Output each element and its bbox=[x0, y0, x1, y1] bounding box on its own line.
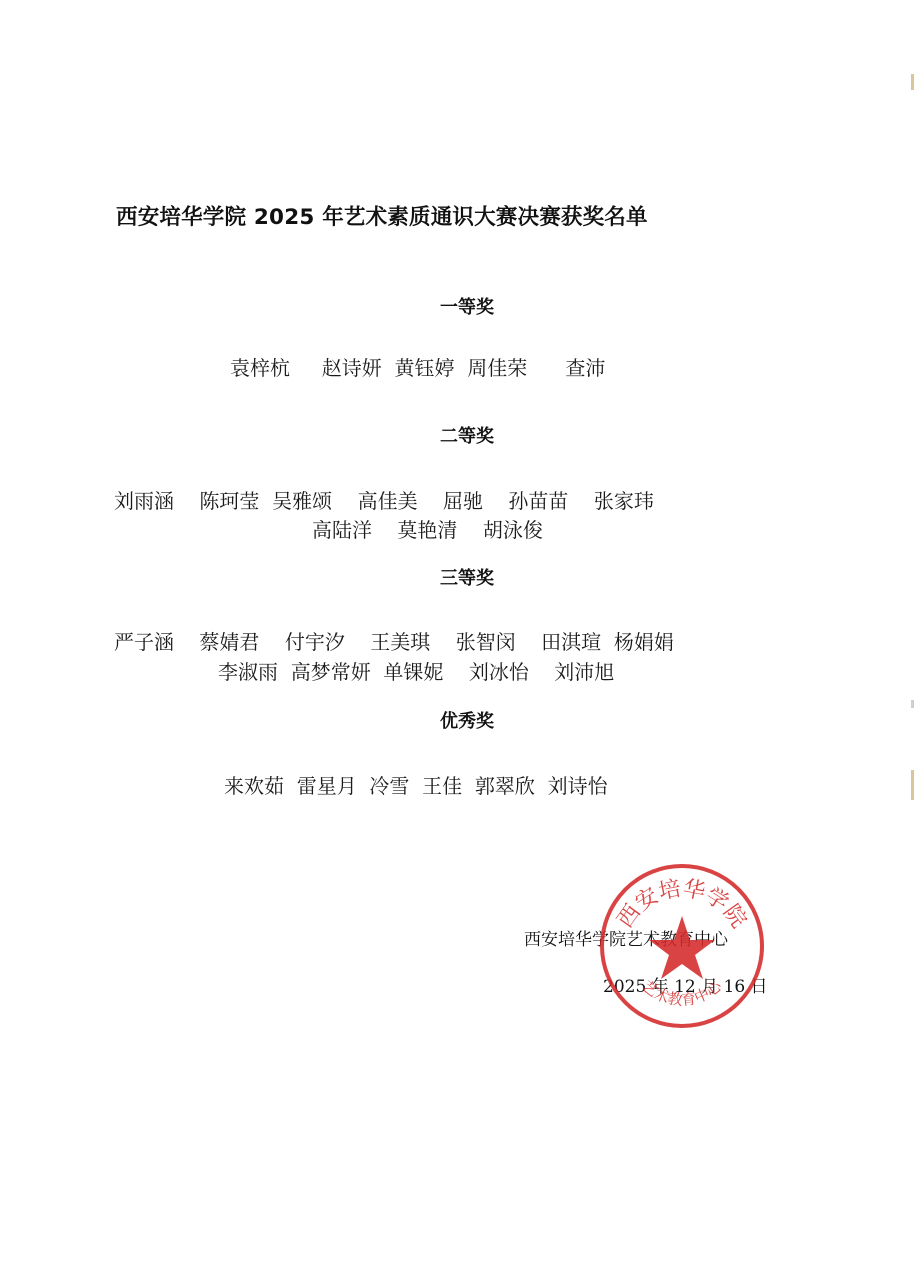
first-prize-names: 袁梓杭 赵诗妍 黄钰婷 周佳荣 查沛 bbox=[230, 352, 605, 381]
svg-text:艺术教育中心: 艺术教育中心 bbox=[639, 976, 726, 1009]
second-prize-names-line1: 刘雨涵 陈珂莹 吴雅颂 高佳美 屈驰 孙苗苗 张家玮 bbox=[114, 485, 654, 514]
second-prize-names-line2: 高陆洋 莫艳清 胡泳俊 bbox=[312, 514, 543, 543]
first-prize-heading: 一等奖 bbox=[0, 293, 914, 319]
official-seal-icon: 西安培华学院 艺术教育中心 bbox=[598, 862, 766, 1030]
third-prize-names-line1: 严子涵 蔡婧君 付宇汐 王美琪 张智闵 田淇瑄 杨娟娟 bbox=[114, 626, 674, 655]
second-prize-heading: 二等奖 bbox=[0, 422, 914, 448]
excellence-award-heading: 优秀奖 bbox=[0, 707, 914, 733]
document-title: 西安培华学院 2025 年艺术素质通识大赛决赛获奖名单 bbox=[116, 200, 648, 231]
third-prize-heading: 三等奖 bbox=[0, 564, 914, 590]
third-prize-names-line2: 李淑雨 高梦常妍 单锞妮 刘冰怡 刘沛旭 bbox=[218, 656, 614, 685]
excellence-award-names: 来欢茹 雷星月 冷雪 王佳 郭翠欣 刘诗怡 bbox=[224, 770, 608, 799]
